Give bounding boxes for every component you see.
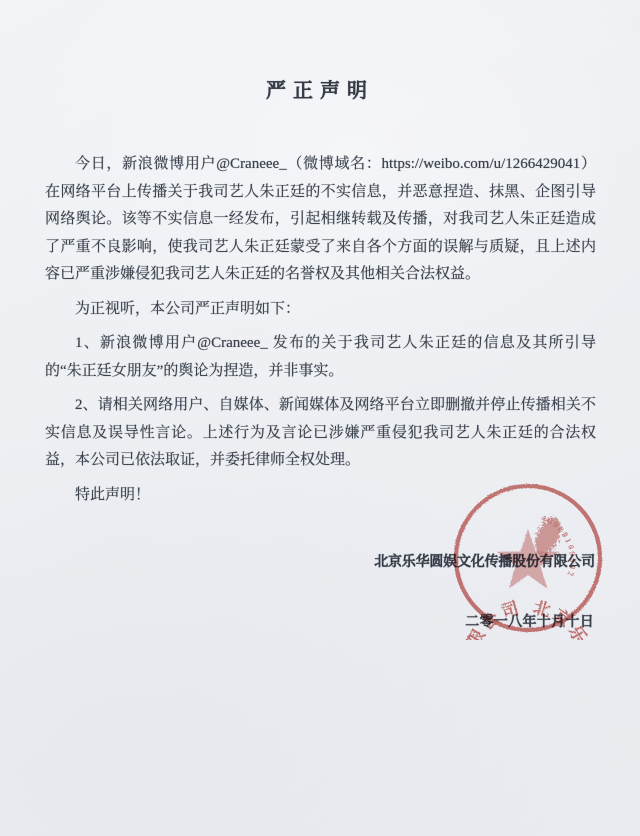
statement-closing: 特此声明！ <box>45 482 596 510</box>
statement-title: 严正声明 <box>0 74 640 103</box>
statement-paragraph-lead-in: 为正视听，本公司严正声明如下： <box>45 296 596 324</box>
statement-item-1: 1、新浪微博用户@Craneee_ 发布的关于我司艺人朱正廷的信息及其所引导的“… <box>45 330 596 385</box>
statement-body: 今日，新浪微博用户@Craneee_（微博域名：https://weibo.co… <box>45 151 596 516</box>
statement-paragraph-intro: 今日，新浪微博用户@Craneee_（微博域名：https://weibo.co… <box>45 151 596 289</box>
statement-photo-page: { "document": { "title": "严正声明", "paragr… <box>0 0 640 836</box>
statement-item-2: 2、请相关网络用户、自媒体、新闻媒体及网络平台立即删撤并停止传播相关不实信息及误… <box>45 392 596 475</box>
statement-date: 二零一八年十月十日 <box>465 611 594 631</box>
signature-block: 北京乐华圆娱文化传播股份有限公司 <box>374 551 595 571</box>
company-name: 北京乐华圆娱文化传播股份有限公司 <box>374 551 595 571</box>
